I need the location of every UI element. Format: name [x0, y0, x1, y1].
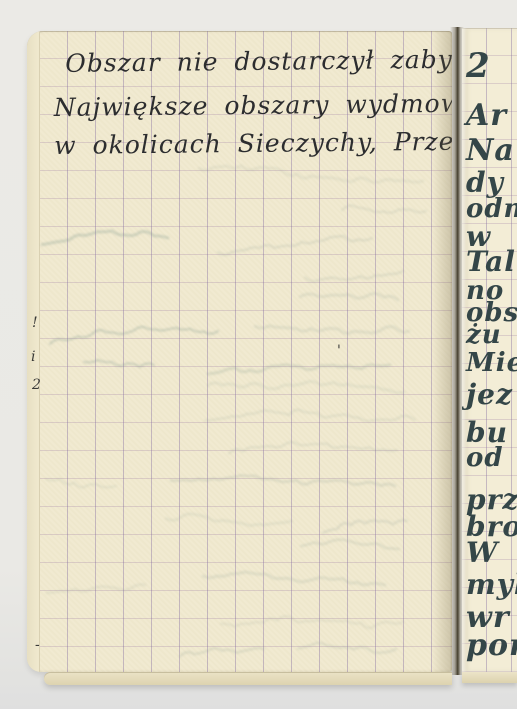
right-page-word-fragment: żu [466, 320, 502, 350]
right-page-word-fragment: W [466, 536, 498, 569]
bleedthrough-line [208, 365, 390, 374]
bleedthrough-line [171, 475, 395, 486]
right-page-word-fragment: Na [466, 133, 515, 168]
bleedthrough-line [203, 572, 385, 585]
margin-ink-mark: ' [337, 343, 341, 359]
bleedthrough-line [342, 205, 426, 212]
margin-ink-mark: - [35, 637, 40, 653]
bleedthrough-line [180, 648, 264, 656]
bleedthrough-line [84, 360, 154, 367]
gutter-shadow [432, 31, 452, 672]
right-page-word-fragment: por [466, 628, 517, 663]
right-page-sliver: 2ArNadyodmwTalnoobszżuMiejezbuodprzebroW… [462, 28, 517, 672]
bleedthrough-line [166, 514, 292, 526]
bleedthrough-line [323, 520, 407, 533]
bleedthrough-line [205, 410, 415, 421]
bleedthrough-line [199, 166, 423, 183]
bleedthrough-line [221, 616, 403, 628]
bleedthrough-line [50, 327, 218, 344]
bleedthrough-line [301, 540, 399, 549]
right-page-word-fragment: Mie [466, 348, 517, 378]
handwriting-line-3: w okolicach Sieczychy, Przetyczy [54, 126, 452, 160]
bleedthrough-line [42, 231, 168, 245]
handwriting-line-1: Obszar nie dostarczył zabytków, [65, 44, 452, 78]
bleedthrough-line [255, 326, 409, 334]
bleedthrough-line [305, 271, 403, 282]
right-page-word-fragment: 2 [466, 46, 491, 86]
handwriting-line-2: Największe obszary wydmowe w [54, 88, 452, 122]
underlying-sheets-right [462, 672, 517, 683]
right-page-word-fragment: Tal [466, 245, 516, 278]
margin-ink-mark: i [31, 349, 35, 365]
right-page-word-fragment: Ar [466, 98, 507, 133]
bleedthrough-line [208, 381, 404, 392]
underlying-sheets-left [44, 672, 452, 685]
left-page: Obszar nie dostarczył zabytków, Najwięks… [27, 31, 452, 672]
bleedthrough-line [300, 293, 398, 300]
right-page-word-fragment: myk [466, 568, 517, 601]
bleedthrough-line [46, 479, 116, 488]
bleedthrough-line [229, 442, 397, 453]
bleedthrough-line [47, 584, 145, 592]
margin-ink-mark: 2 [32, 377, 41, 393]
bleedthrough-line [298, 643, 396, 653]
margin-ink-mark: ! [32, 315, 38, 331]
right-page-word-fragment: jez [466, 378, 513, 411]
bleedthrough-line [218, 236, 372, 255]
right-page-word-fragment: od [466, 443, 504, 473]
notebook-photo: Obszar nie dostarczył zabytków, Najwięks… [0, 0, 517, 709]
